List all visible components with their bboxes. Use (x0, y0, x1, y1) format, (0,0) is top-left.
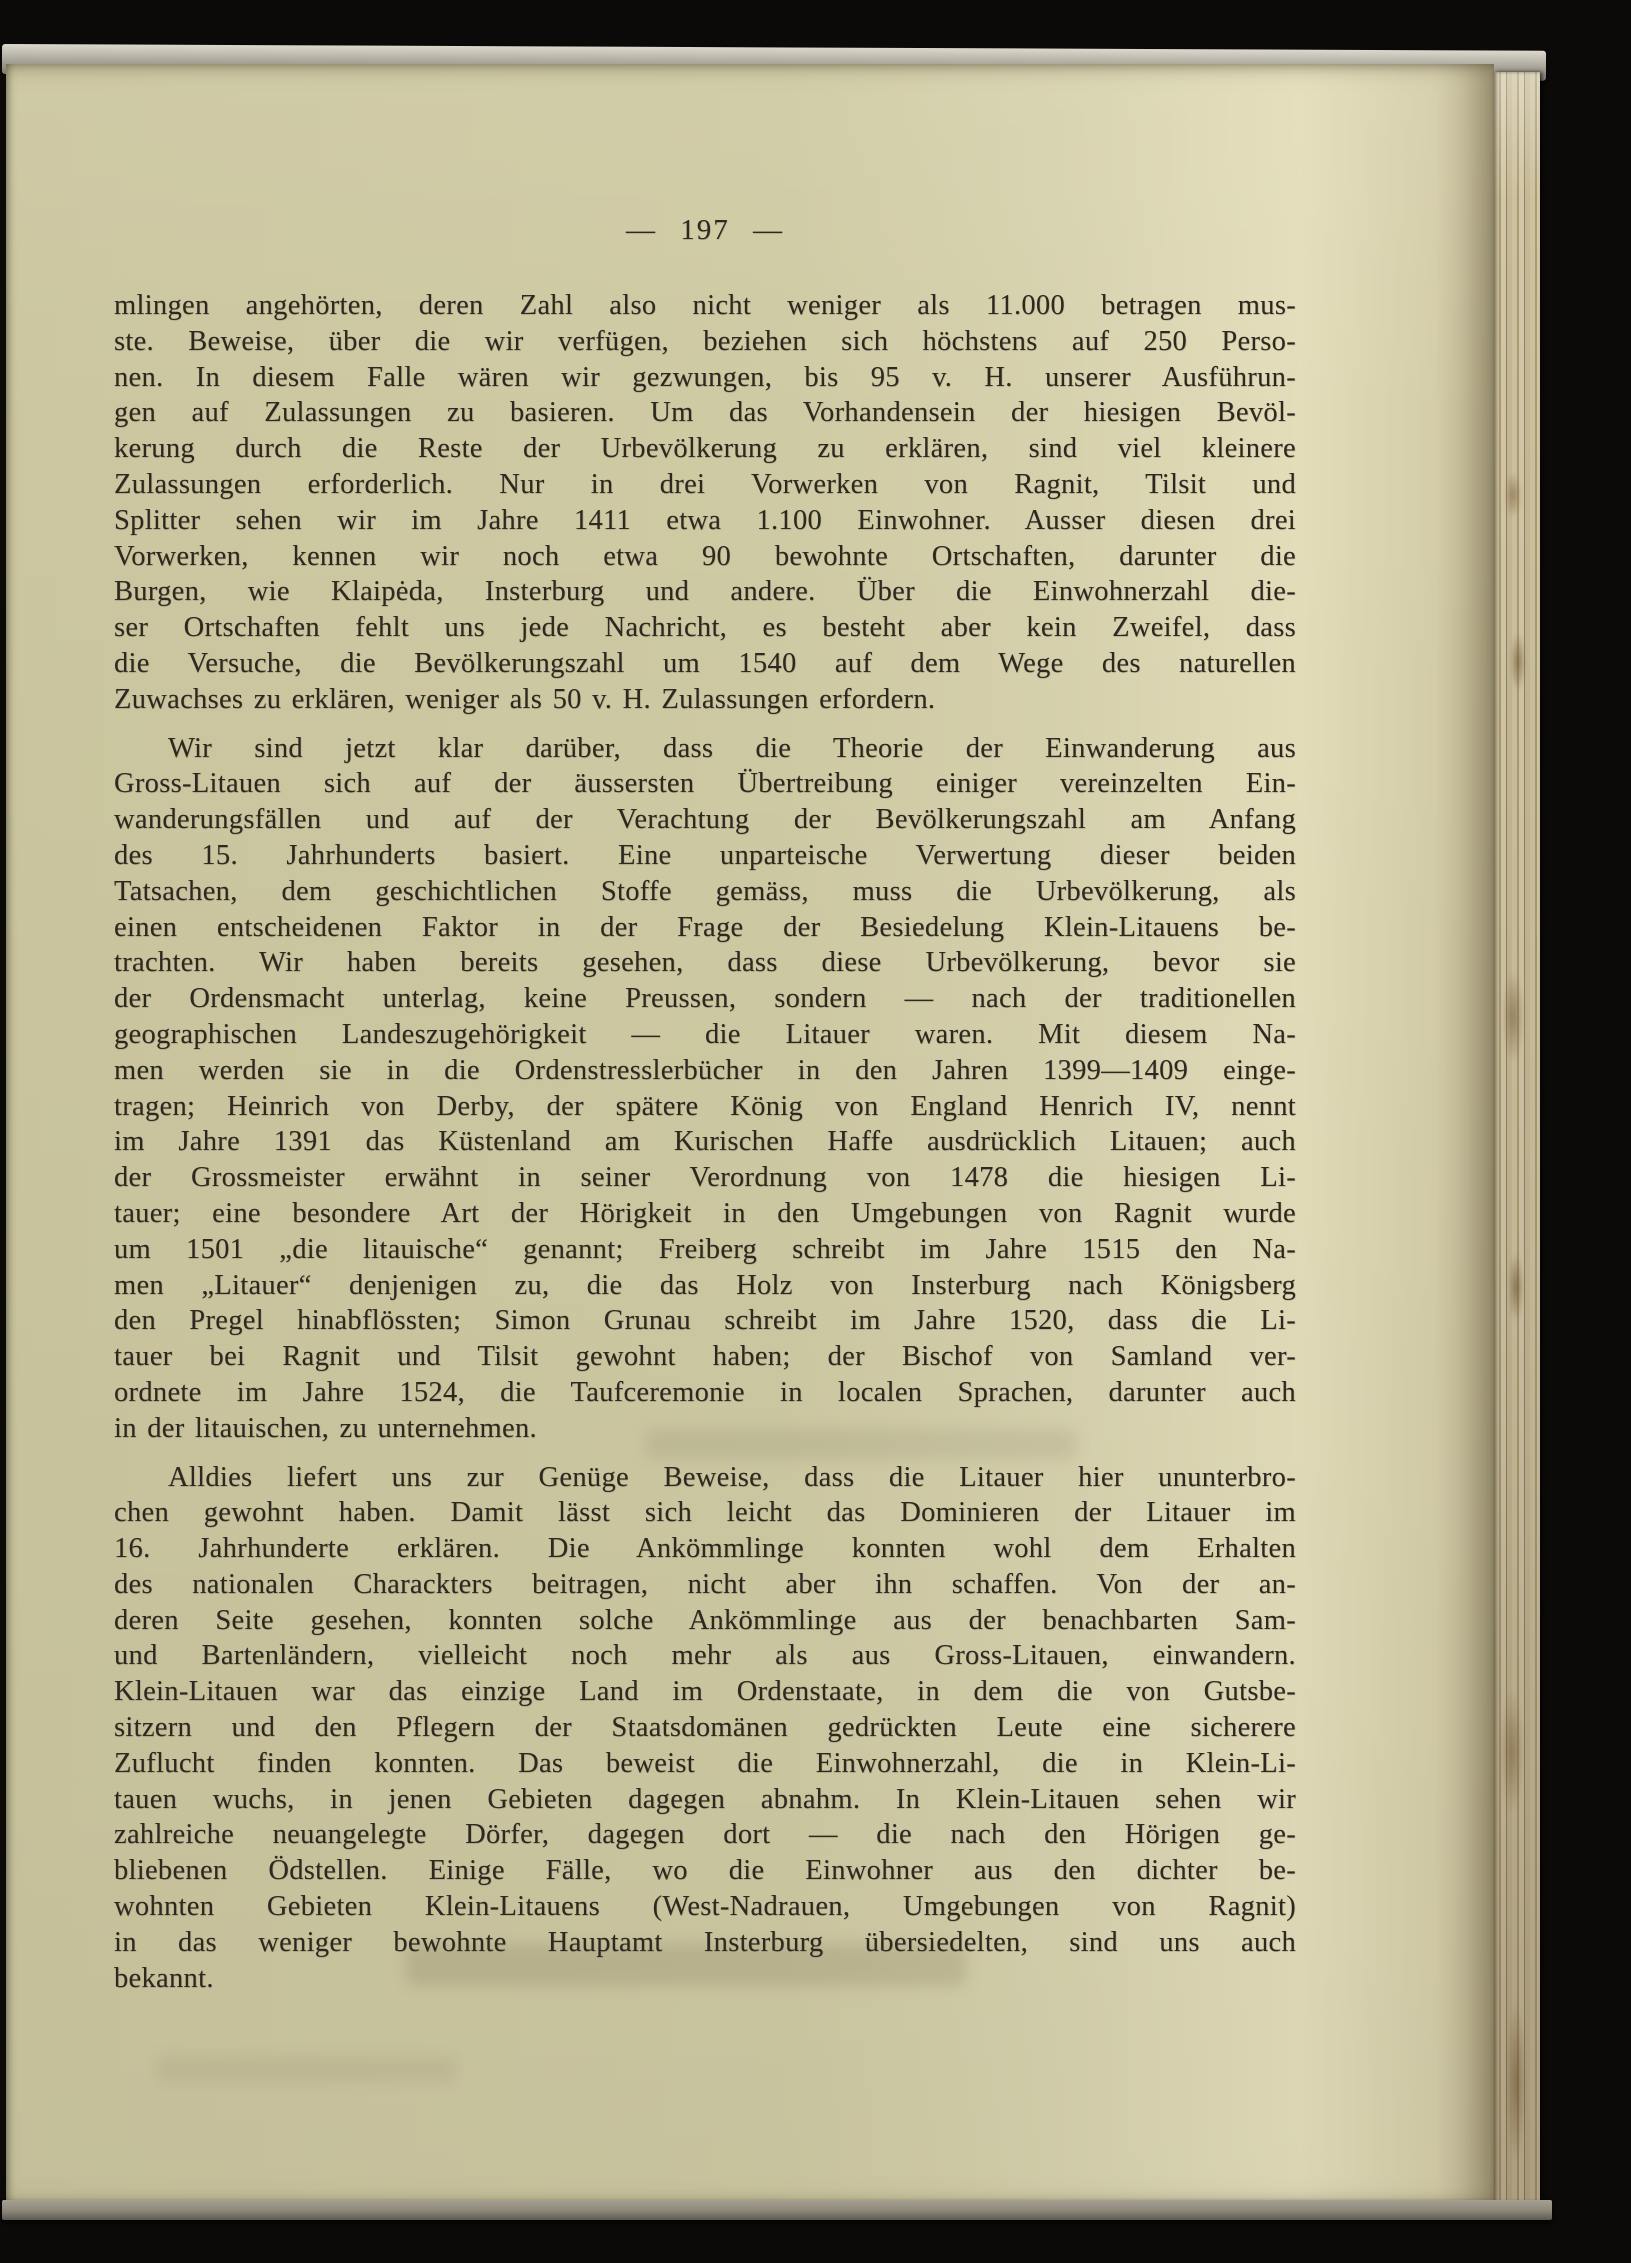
text-line: einen entscheidenen Faktor in der Frage … (114, 910, 1296, 946)
text-line: gen auf Zulassungen zu basieren. Um das … (114, 395, 1296, 431)
text-line: 16. Jahrhunderte erklären. Die Ankömmlin… (114, 1531, 1296, 1567)
text-line: Wir sind jetzt klar darüber, dass die Th… (114, 731, 1296, 767)
fore-edge-stain (1500, 1692, 1524, 1812)
text-line: Zuflucht finden konnten. Das beweist die… (114, 1746, 1296, 1782)
text-line: Zuwachses zu erklären, weniger als 50 v.… (114, 682, 1296, 718)
scanned-book-photo: — 197 — mlingen angehörten, deren Zahl a… (0, 0, 1631, 2263)
text-line: im Jahre 1391 das Küstenland am Kurische… (114, 1124, 1296, 1160)
text-line: Klein-Litauen war das einzige Land im Or… (114, 1674, 1296, 1710)
text-line: wanderungsfällen und auf der Verachtung … (114, 802, 1296, 838)
page-content: — 197 — mlingen angehörten, deren Zahl a… (114, 212, 1296, 1996)
text-line: Alldies liefert uns zur Genüge Beweise, … (114, 1460, 1296, 1496)
text-line: chen gewohnt haben. Damit lässt sich lei… (114, 1495, 1296, 1531)
text-line: kerung durch die Reste der Urbevölkerung… (114, 431, 1296, 467)
text-line: Burgen, wie Klaipėda, Insterburg und and… (114, 574, 1296, 610)
fore-edge-stain (1504, 472, 1522, 518)
page-text: mlingen angehörten, deren Zahl also nich… (114, 288, 1296, 1996)
text-line: men „Litauer“ denjenigen zu, die das Hol… (114, 1268, 1296, 1304)
paragraph: Alldies liefert uns zur Genüge Beweise, … (114, 1460, 1296, 1997)
text-line: Vorwerken, kennen wir noch etwa 90 bewoh… (114, 539, 1296, 575)
text-line: Gross-Litauen sich auf der äussersten Üb… (114, 766, 1296, 802)
text-line: Splitter sehen wir im Jahre 1411 etwa 1.… (114, 503, 1296, 539)
text-line: nen. In diesem Falle wären wir gezwungen… (114, 360, 1296, 396)
text-line: men werden sie in die Ordenstresslerbüch… (114, 1053, 1296, 1089)
book-page: — 197 — mlingen angehörten, deren Zahl a… (6, 64, 1494, 2204)
text-line: ordnete im Jahre 1524, die Taufceremonie… (114, 1375, 1296, 1411)
book-cover-bottom-edge (2, 2200, 1552, 2220)
text-line: Tatsachen, dem geschichtlichen Stoffe ge… (114, 874, 1296, 910)
text-line: und Bartenländern, vielleicht noch mehr … (114, 1638, 1296, 1674)
fore-edge-stain (1506, 2002, 1526, 2162)
text-line: tauer bei Ragnit und Tilsit gewohnt habe… (114, 1339, 1296, 1375)
page-stack-fore-edge (1494, 72, 1540, 2204)
page-number: — 197 — (114, 212, 1296, 248)
text-line: bekannt. (114, 1961, 1296, 1997)
paragraph: mlingen angehörten, deren Zahl also nich… (114, 288, 1296, 718)
fore-edge-stain (1508, 1252, 1524, 1322)
text-line: geographischen Landeszugehörigkeit — die… (114, 1017, 1296, 1053)
text-line: den Pregel hinabflössten; Simon Grunau s… (114, 1303, 1296, 1339)
text-line: trachten. Wir haben bereits gesehen, das… (114, 945, 1296, 981)
text-line: Zulassungen erforderlich. Nur in drei Vo… (114, 467, 1296, 503)
text-line: wohnten Gebieten Klein-Litauens (West-Na… (114, 1889, 1296, 1925)
text-line: deren Seite gesehen, konnten solche Ankö… (114, 1603, 1296, 1639)
text-line: um 1501 „die litauische“ genannt; Freibe… (114, 1232, 1296, 1268)
text-line: in der litauischen, zu unternehmen. (114, 1411, 1296, 1447)
text-line: zahlreiche neuangelegte Dörfer, dagegen … (114, 1817, 1296, 1853)
text-line: ste. Beweise, über die wir verfügen, bez… (114, 324, 1296, 360)
text-line: tauen wuchs, in jenen Gebieten dagegen a… (114, 1782, 1296, 1818)
fore-edge-stain (1502, 972, 1524, 1062)
text-line: des 15. Jahrhunderts basiert. Eine unpar… (114, 838, 1296, 874)
ink-showthrough-smudge (156, 2056, 456, 2082)
text-line: der Ordensmacht unterlag, keine Preussen… (114, 981, 1296, 1017)
text-line: in das weniger bewohnte Hauptamt Insterb… (114, 1925, 1296, 1961)
text-line: mlingen angehörten, deren Zahl also nich… (114, 288, 1296, 324)
fore-edge-stain (1510, 632, 1526, 692)
paragraph: Wir sind jetzt klar darüber, dass die Th… (114, 731, 1296, 1447)
text-line: tauer; eine besondere Art der Hörigkeit … (114, 1196, 1296, 1232)
text-line: bliebenen Ödstellen. Einige Fälle, wo di… (114, 1853, 1296, 1889)
text-line: des nationalen Charackters beitragen, ni… (114, 1567, 1296, 1603)
text-line: ser Ortschaften fehlt uns jede Nachricht… (114, 610, 1296, 646)
text-line: die Versuche, die Bevölkerungszahl um 15… (114, 646, 1296, 682)
text-line: sitzern und den Pflegern der Staatsdomän… (114, 1710, 1296, 1746)
text-line: tragen; Heinrich von Derby, der spätere … (114, 1089, 1296, 1125)
text-line: der Grossmeister erwähnt in seiner Veror… (114, 1160, 1296, 1196)
